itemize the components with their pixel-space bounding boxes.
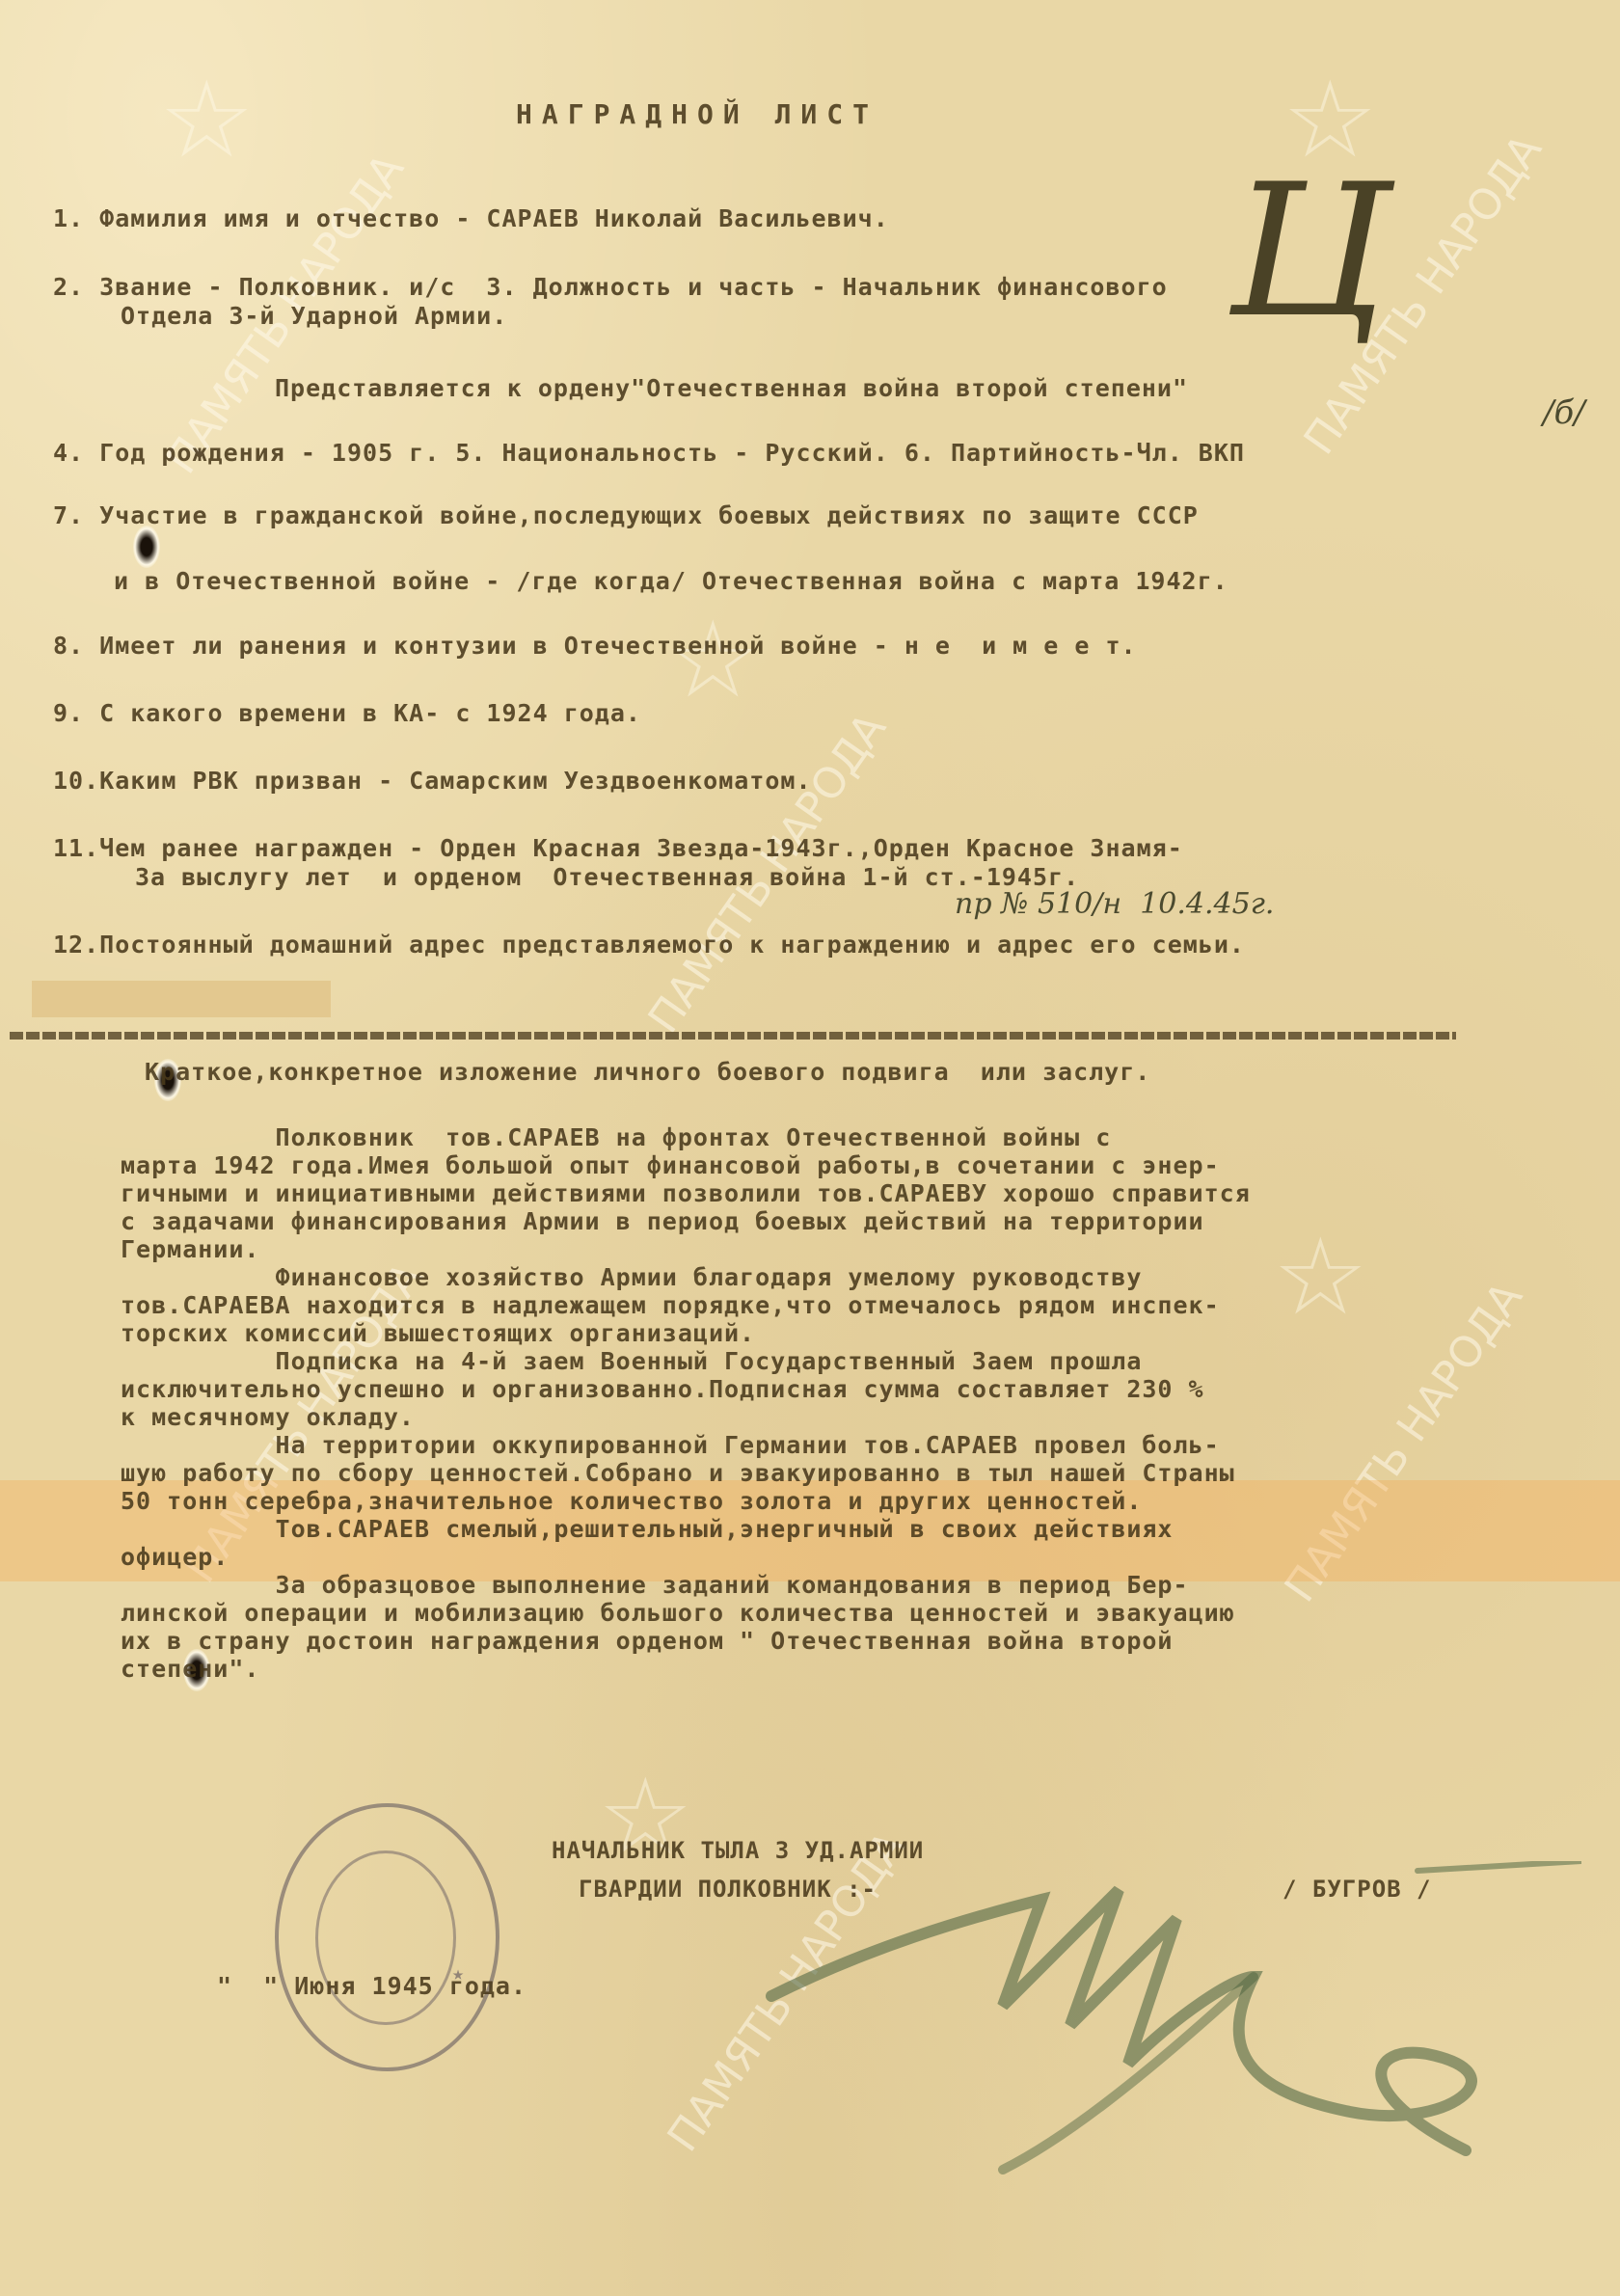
official-stamp: ★	[275, 1803, 499, 2071]
watermark-star-icon: ☆	[665, 598, 761, 721]
narrative-line: Полковник тов.САРАЕВ на фронтах Отечеств…	[121, 1123, 1251, 1151]
narrative-line: торских комиссий вышестоящих организаций…	[121, 1319, 1251, 1347]
narrative-line: шую работу по сбору ценностей.Собрано и …	[121, 1459, 1251, 1487]
narrative-line: к месячному окладу.	[121, 1403, 1251, 1431]
document-date: " " Июня 1945 года.	[217, 1972, 526, 2000]
field-7-line-2: и в Отечественной войне - /где когда/ От…	[114, 567, 1228, 595]
narrative-line: Тов.САРАЕВ смелый,решительный,энергичный…	[121, 1515, 1251, 1543]
narrative-line: исключительно успешно и организованно.По…	[121, 1375, 1251, 1403]
signer-position-line-1: НАЧАЛЬНИК ТЫЛА 3 УД.АРМИИ	[552, 1837, 924, 1864]
watermark-star-icon: ☆	[1273, 1215, 1368, 1338]
field-2-3-rank-position: 2. Звание - Полковник. и/с 3. Должность …	[53, 273, 1168, 301]
field-8-wounds: 8. Имеет ли ранения и контузии в Отечест…	[53, 632, 1137, 660]
narrative-line: степени".	[121, 1655, 1251, 1683]
section-heading: Краткое,конкретное изложение личного бое…	[145, 1058, 1150, 1086]
narrative-line: Подписка на 4-й заем Военный Государстве…	[121, 1347, 1251, 1375]
narrative-line: линской операции и мобилизацию большого …	[121, 1599, 1251, 1627]
nomination-line: Представляется к ордену"Отечественная во…	[275, 374, 1188, 402]
section-divider	[10, 1032, 1456, 1040]
redacted-area	[32, 981, 331, 1017]
narrative-line: Германии.	[121, 1235, 1251, 1263]
field-4-5-6-birth-nationality-party: 4. Год рождения - 1905 г. 5. Национально…	[53, 439, 1245, 467]
field-9-service-since: 9. С какого времени в КА- с 1924 года.	[53, 699, 641, 727]
field-11-awards-line-2: За выслугу лет и орденом Отечественная в…	[135, 863, 1079, 891]
punch-hole	[133, 526, 160, 568]
narrative-line: На территории оккупированной Германии то…	[121, 1431, 1251, 1459]
narrative-text: Полковник тов.САРАЕВ на фронтах Отечеств…	[121, 1123, 1251, 1683]
narrative-line: тов.САРАЕВА находится в надлежащем поряд…	[121, 1291, 1251, 1319]
document-title: НАГРАДНОЙ ЛИСТ	[516, 98, 878, 130]
narrative-line: марта 1942 года.Имея большой опыт финанс…	[121, 1151, 1251, 1179]
narrative-line: их в страну достоин награждения орденом …	[121, 1627, 1251, 1655]
field-7-line-1: 7. Участие в гражданской войне,последующ…	[53, 501, 1199, 529]
handwritten-signature	[752, 1861, 1581, 2179]
field-1-name: 1. Фамилия имя и отчество - САРАЕВ Никол…	[53, 204, 889, 232]
narrative-line: За образцовое выполнение заданий командо…	[121, 1571, 1251, 1599]
field-11-handwritten-note: пр № 510/н 10.4.45г.	[955, 887, 1274, 921]
field-11-awards-line-1: 11.Чем ранее награжден - Орден Красная З…	[53, 834, 1183, 862]
narrative-line: Финансовое хозяйство Армии благодаря уме…	[121, 1263, 1251, 1291]
narrative-line: офицер.	[121, 1543, 1251, 1571]
field-10-conscription: 10.Каким РВК призван - Самарским Уездвое…	[53, 767, 812, 795]
field-3-unit: Отдела 3-й Ударной Армии.	[121, 302, 507, 330]
narrative-line: 50 тонн серебра,значительное количество …	[121, 1487, 1251, 1515]
handwritten-mark: Ц	[1229, 145, 1390, 358]
watermark-star-icon: ☆	[159, 58, 255, 181]
narrative-line: с задачами финансирования Армии в период…	[121, 1207, 1251, 1235]
field-12-address: 12.Постоянный домашний адрес представляе…	[53, 931, 1245, 959]
party-note: /б/	[1543, 393, 1585, 432]
narrative-line: гичными и инициативными действиями позво…	[121, 1179, 1251, 1207]
